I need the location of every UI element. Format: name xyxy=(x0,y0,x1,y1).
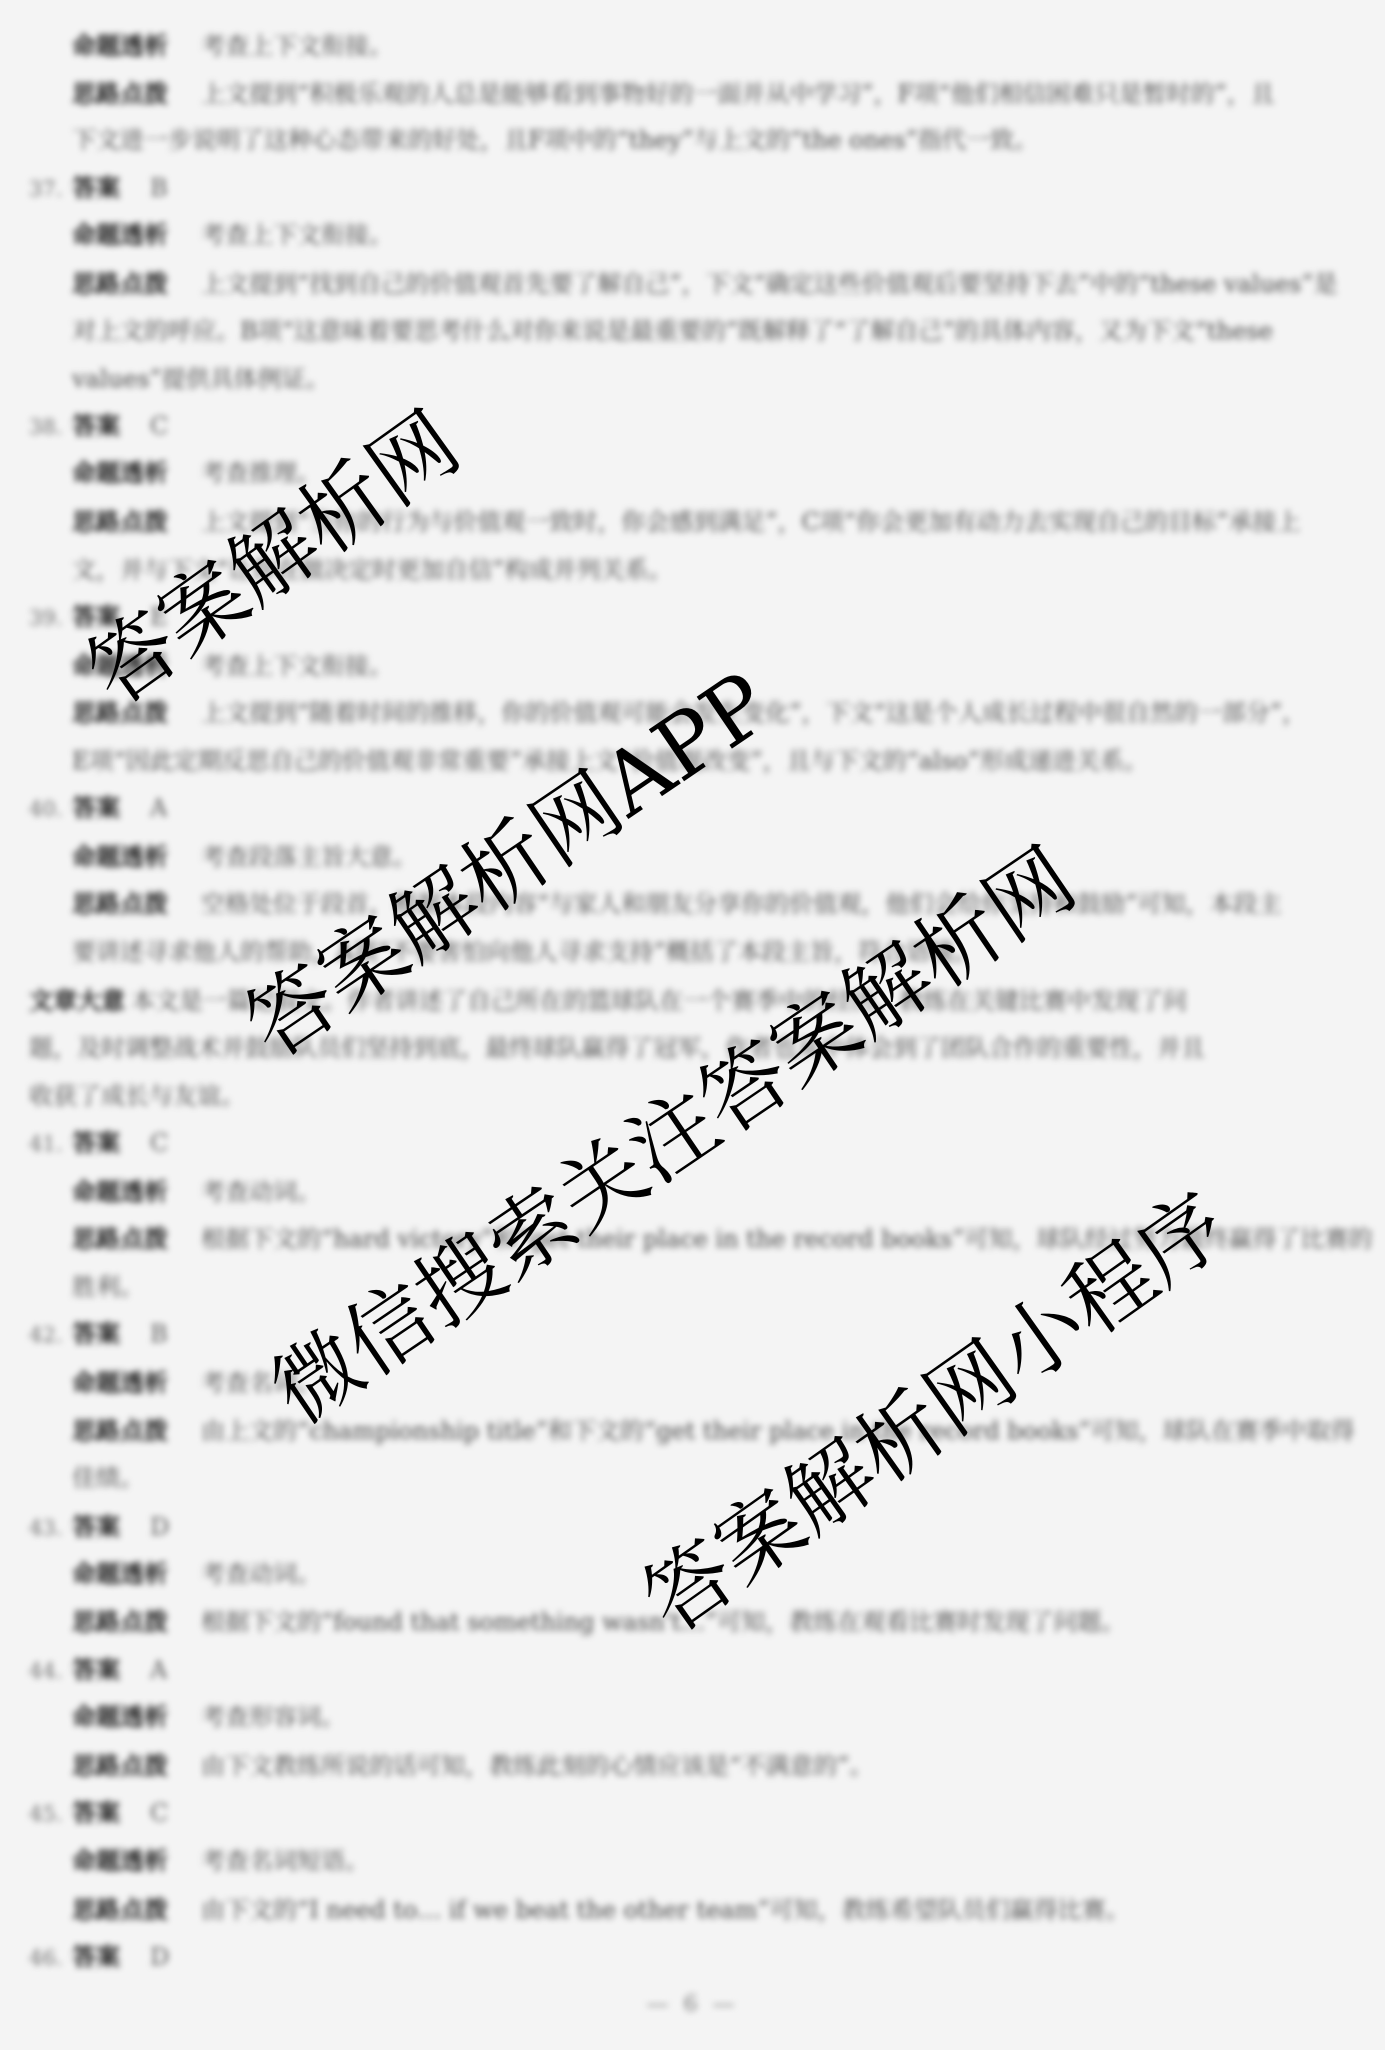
answer-key-document: 命题透析考查上下文衔接。 思路点拨上文提到“积极乐观的人总是能够看到事物好的一面… xyxy=(0,0,1385,2050)
question-number: 37. xyxy=(29,165,72,212)
answer-label: 答案 xyxy=(72,173,120,202)
thinking-label: 思路点拨 xyxy=(72,1751,168,1780)
thinking-text: 上文提到“找到自己的价值观首先要了解自己”，下文“确定这些价值观后要坚持下去”中… xyxy=(201,270,1338,298)
item-36-thinking-row: 思路点拨上文提到“积极乐观的人总是能够看到事物好的一面并从中学习”，F项“他们相… xyxy=(72,70,1275,118)
analysis-label: 命题透析 xyxy=(72,1368,168,1397)
analysis-label: 命题透析 xyxy=(72,31,168,60)
thinking-text: 根据下文的“hard victory”和“get their place in … xyxy=(201,1225,1373,1253)
analysis-label: 命题透析 xyxy=(72,842,168,871)
thinking-label: 思路点拨 xyxy=(72,889,168,918)
item-43-thinking-row: 思路点拨根据下文的“found that something wasn't…”可… xyxy=(72,1598,1125,1646)
item-44-answer-row: 44.答案A xyxy=(29,1646,167,1694)
answer-label: 答案 xyxy=(72,602,120,631)
thinking-text: 由下文的“I need to… if we beat the other tea… xyxy=(201,1896,1130,1924)
cloze-summary-continuation: 题，及时调整战术并鼓励队员们坚持到底，最终球队赢得了冠军，作者也从中体会到了团队… xyxy=(29,1024,1205,1072)
answer-value: C xyxy=(150,1129,168,1157)
item-44-thinking-row: 思路点拨由下文教练所说的话可知，教练此刻的心情应该是“不满意的”。 xyxy=(72,1742,874,1790)
answer-label: 答案 xyxy=(72,1319,120,1348)
answer-label: 答案 xyxy=(72,1942,120,1971)
answer-label: 答案 xyxy=(72,1798,120,1827)
item-36-thinking-continuation: 下文进一步说明了这种心态带来的好处，且F项中的“they”与上文的“the on… xyxy=(72,116,1038,164)
answer-label: 答案 xyxy=(72,411,120,440)
item-41-analysis-row: 命题透析考查动词。 xyxy=(72,1168,321,1216)
item-38-thinking-continuation: 文，并与下文“让你在做决定时更加自信”构成并列关系。 xyxy=(72,546,673,594)
answer-label: 答案 xyxy=(72,1655,120,1684)
thinking-label: 思路点拨 xyxy=(72,1895,168,1924)
thinking-text: E项“因此定期反思自己的价值观非常重要”承接上文“价值观改变”，且与下文的“al… xyxy=(72,747,1148,775)
analysis-label: 命题透析 xyxy=(72,651,168,680)
thinking-text: 佳绩。 xyxy=(72,1464,144,1492)
answer-label: 答案 xyxy=(72,1128,120,1157)
analysis-text: 考查上下文衔接。 xyxy=(201,652,393,680)
item-40-thinking-continuation: 要讲述寻求他人的帮助，A项“不要害怕向他人寻求支持”概括了本段主旨，符合语境。 xyxy=(72,928,978,976)
question-number: 40. xyxy=(29,785,72,832)
thinking-label: 思路点拨 xyxy=(72,269,168,298)
thinking-label: 思路点拨 xyxy=(72,1224,168,1253)
thinking-text: 由下文教练所说的话可知，教练此刻的心情应该是“不满意的”。 xyxy=(201,1752,874,1780)
answer-value: B xyxy=(150,1320,168,1348)
thinking-text: 上文提到“积极乐观的人总是能够看到事物好的一面并从中学习”，F项“他们相信困难只… xyxy=(201,80,1275,108)
cloze-summary-row: 文章大意本文是一篇记叙文。作者讲述了自己所在的篮球队在一个赛季中的经历，教练在关… xyxy=(29,977,1187,1025)
thinking-label: 思路点拨 xyxy=(72,1607,168,1636)
analysis-label: 命题透析 xyxy=(72,1559,168,1588)
item-39-answer-row: 39.答案E xyxy=(29,593,168,641)
item-44-analysis-row: 命题透析考查形容词。 xyxy=(72,1693,345,1741)
item-38-thinking-row: 思路点拨上文提到“当你的行为与价值观一致时，你会感到满足”，C项“你会更加有动力… xyxy=(72,498,1300,546)
page-number: — 6 — xyxy=(0,1981,1385,2029)
thinking-text: 上文提到“当你的行为与价值观一致时，你会感到满足”，C项“你会更加有动力去实现自… xyxy=(201,508,1300,536)
item-39-thinking-row: 思路点拨上文提到“随着时间的推移，你的价值观可能会发生变化”，下文“这是个人成长… xyxy=(72,689,1306,737)
thinking-label: 思路点拨 xyxy=(72,698,168,727)
answer-label: 答案 xyxy=(72,793,120,822)
summary-text: 本文是一篇记叙文。作者讲述了自己所在的篮球队在一个赛季中的经历，教练在关键比赛中… xyxy=(131,987,1187,1015)
analysis-label: 命题透析 xyxy=(72,220,168,249)
item-42-thinking-continuation: 佳绩。 xyxy=(72,1454,144,1502)
item-39-analysis-row: 命题透析考查上下文衔接。 xyxy=(72,642,393,690)
analysis-text: 考查名词。 xyxy=(201,1369,321,1397)
thinking-text: 要讲述寻求他人的帮助，A项“不要害怕向他人寻求支持”概括了本段主旨，符合语境。 xyxy=(72,938,978,966)
analysis-text: 考查上下文衔接。 xyxy=(201,32,393,60)
item-39-thinking-continuation: E项“因此定期反思自己的价值观非常重要”承接上文“价值观改变”，且与下文的“al… xyxy=(72,737,1148,785)
question-number: 45. xyxy=(29,1790,72,1837)
thinking-text: 对上文的呼应。B项“这意味着要思考什么对你来说是最重要的”既解释了“了解自己”的… xyxy=(72,317,1273,345)
thinking-label: 思路点拨 xyxy=(72,79,168,108)
thinking-text: 根据下文的“found that something wasn't…”可知，教练… xyxy=(201,1608,1125,1636)
analysis-text: 考查上下文衔接。 xyxy=(201,221,393,249)
question-number: 38. xyxy=(29,403,72,450)
analysis-label: 命题透析 xyxy=(72,458,168,487)
thinking-text: values”提供具体例证。 xyxy=(72,365,330,393)
analysis-label: 命题透析 xyxy=(72,1177,168,1206)
thinking-label: 思路点拨 xyxy=(72,507,168,536)
item-38-answer-row: 38.答案C xyxy=(29,402,168,450)
summary-text: 题，及时调整战术并鼓励队员们坚持到底，最终球队赢得了冠军，作者也从中体会到了团队… xyxy=(29,1034,1205,1062)
item-41-thinking-continuation: 胜利。 xyxy=(72,1263,144,1311)
analysis-text: 考查段落主旨大意。 xyxy=(201,843,417,871)
item-41-thinking-row: 思路点拨根据下文的“hard victory”和“get their place… xyxy=(72,1215,1373,1263)
question-number: 42. xyxy=(29,1311,72,1358)
item-37-thinking-continuation: 对上文的呼应。B项“这意味着要思考什么对你来说是最重要的”既解释了“了解自己”的… xyxy=(72,307,1273,355)
item-45-analysis-row: 命题透析考查名词短语。 xyxy=(72,1837,369,1885)
item-40-thinking-row: 思路点拨空格处位于段首，根据本段内容“与家人和朋友分享你的价值观，他们会给你支持… xyxy=(72,880,1282,928)
answer-label: 答案 xyxy=(72,1512,120,1541)
thinking-text: 由上文的“championship title”和下文的“get their p… xyxy=(201,1417,1355,1445)
answer-value: C xyxy=(150,1799,168,1827)
item-42-analysis-row: 命题透析考查名词。 xyxy=(72,1359,321,1407)
question-number: 43. xyxy=(29,1504,72,1551)
question-number: 41. xyxy=(29,1120,72,1167)
thinking-label: 思路点拨 xyxy=(72,1416,168,1445)
answer-value: E xyxy=(150,603,168,631)
analysis-text: 考查推理。 xyxy=(201,459,321,487)
item-42-answer-row: 42.答案B xyxy=(29,1310,168,1358)
item-37-thinking-continuation: values”提供具体例证。 xyxy=(72,355,330,403)
thinking-text: 上文提到“随着时间的推移，你的价值观可能会发生变化”，下文“这是个人成长过程中很… xyxy=(201,699,1306,727)
cloze-summary-continuation: 收获了成长与友谊。 xyxy=(29,1072,245,1120)
item-46-answer-row: 46.答案D xyxy=(29,1933,169,1981)
analysis-text: 考查动词。 xyxy=(201,1560,321,1588)
item-37-analysis-row: 命题透析考查上下文衔接。 xyxy=(72,211,393,259)
analysis-text: 考查名词短语。 xyxy=(201,1847,369,1875)
item-38-analysis-row: 命题透析考查推理。 xyxy=(72,449,321,497)
answer-value: C xyxy=(150,412,168,440)
question-number: 39. xyxy=(29,594,72,641)
thinking-text: 胜利。 xyxy=(72,1273,144,1301)
answer-value: D xyxy=(150,1943,169,1971)
analysis-text: 考查动词。 xyxy=(201,1178,321,1206)
item-37-answer-row: 37.答案B xyxy=(29,164,168,212)
thinking-text: 下文进一步说明了这种心态带来的好处，且F项中的“they”与上文的“the on… xyxy=(72,126,1038,154)
item-45-thinking-row: 思路点拨由下文的“I need to… if we beat the other… xyxy=(72,1886,1130,1934)
summary-text: 收获了成长与友谊。 xyxy=(29,1082,245,1110)
item-45-answer-row: 45.答案C xyxy=(29,1789,168,1837)
answer-value: A xyxy=(150,794,167,822)
analysis-label: 命题透析 xyxy=(72,1846,168,1875)
answer-value: B xyxy=(150,174,168,202)
question-number: 44. xyxy=(29,1647,72,1694)
question-number: 46. xyxy=(29,1934,72,1981)
item-43-answer-row: 43.答案D xyxy=(29,1503,169,1551)
item-37-thinking-row: 思路点拨上文提到“找到自己的价值观首先要了解自己”，下文“确定这些价值观后要坚持… xyxy=(72,260,1338,308)
item-40-analysis-row: 命题透析考查段落主旨大意。 xyxy=(72,833,417,881)
thinking-text: 空格处位于段首，根据本段内容“与家人和朋友分享你的价值观，他们会给你支持和鼓励”… xyxy=(201,890,1282,918)
analysis-label: 命题透析 xyxy=(72,1702,168,1731)
answer-value: A xyxy=(150,1656,167,1684)
analysis-text: 考查形容词。 xyxy=(201,1703,345,1731)
answer-value: D xyxy=(150,1513,169,1541)
item-40-answer-row: 40.答案A xyxy=(29,784,167,832)
item-36-analysis-row: 命题透析考查上下文衔接。 xyxy=(72,22,393,70)
item-41-answer-row: 41.答案C xyxy=(29,1119,168,1167)
thinking-text: 文，并与下文“让你在做决定时更加自信”构成并列关系。 xyxy=(72,556,673,584)
item-43-analysis-row: 命题透析考查动词。 xyxy=(72,1550,321,1598)
item-42-thinking-row: 思路点拨由上文的“championship title”和下文的“get the… xyxy=(72,1407,1355,1455)
summary-label: 文章大意 xyxy=(29,986,125,1015)
